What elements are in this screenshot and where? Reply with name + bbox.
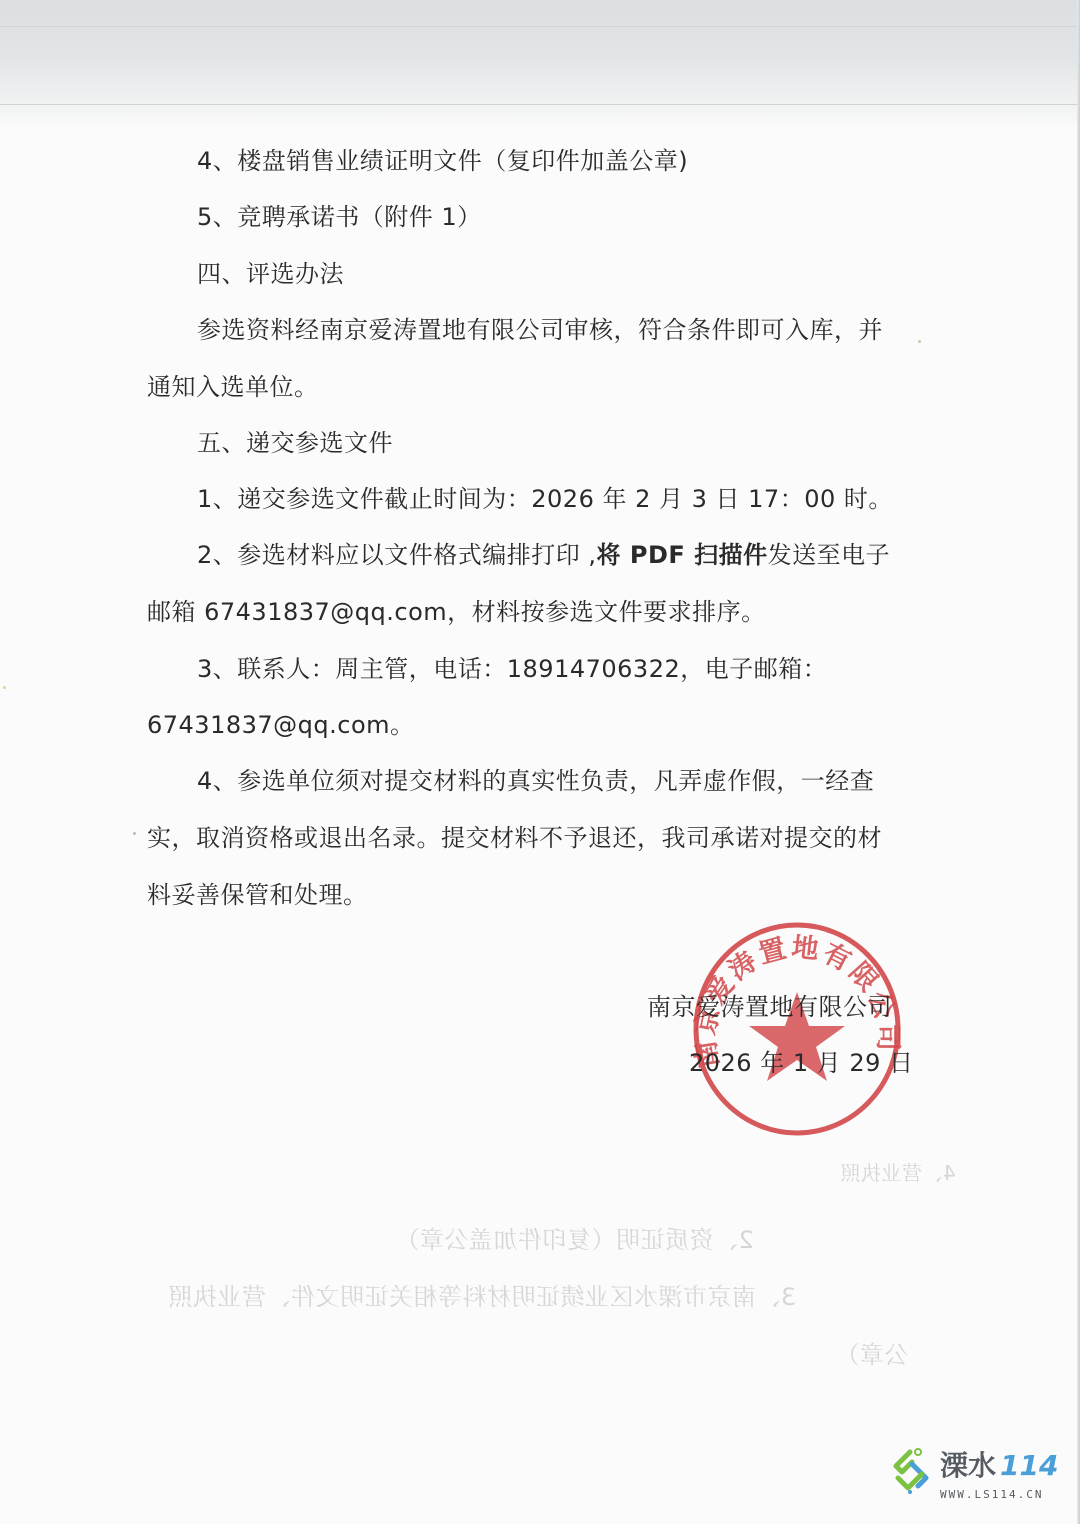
signature-company: 南京爱涛置地有限公司 <box>647 992 892 1022</box>
signature-date: 2026 年 1 月 29 日 <box>689 1048 914 1078</box>
watermark-url: WWW.LS114.CN <box>940 1488 1043 1501</box>
scan-speck <box>133 832 136 835</box>
submission-format-bold: 将 PDF 扫描件 <box>597 541 768 569</box>
document-page: 4、营业执照 2、资质证明（复印件加盖公章） 3、南京市溧水区业绩证明材料等相关… <box>0 0 1080 1524</box>
submission-item-format: 2、参选材料应以文件格式编排打印 ,将 PDF 扫描件发送至电子 <box>197 540 890 570</box>
scan-speck <box>3 686 6 689</box>
submission-item-contact-email: 67431837@qq.com。 <box>147 710 415 740</box>
bleed-through-text: 4、营业执照 <box>840 1158 956 1188</box>
site-watermark: 溧水114 WWW.LS114.CN <box>888 1440 1078 1518</box>
submission-format-suffix: 发送至电子 <box>768 541 891 569</box>
bleed-through-text: 公章） <box>835 1340 909 1370</box>
submission-format-prefix: 2、参选材料应以文件格式编排打印 , <box>197 541 597 569</box>
list-item-sales-proof: 4、楼盘销售业绩证明文件（复印件加盖公章) <box>197 146 688 176</box>
submission-item-format-cont: 邮箱 67431837@qq.com，材料按参选文件要求排序。 <box>147 597 766 627</box>
submission-item-deadline: 1、递交参选文件截止时间为：2026 年 2 月 3 日 17：00 时。 <box>197 484 893 514</box>
list-item-commitment-letter: 5、竞聘承诺书（附件 1） <box>197 202 482 232</box>
bleed-through-text: 3、南京市溧水区业绩证明材料等相关证明文件、营业执照 <box>168 1282 796 1312</box>
section-heading-evaluation: 四、评选办法 <box>197 259 344 289</box>
watermark-brand-number: 114 <box>1000 1449 1058 1482</box>
paragraph-evaluation: 参选资料经南京爱涛置地有限公司审核，符合条件即可入库，并 <box>197 315 883 345</box>
company-seal-icon: 南京爱涛置地有限公司 <box>692 922 902 1136</box>
ls114-logo-icon <box>888 1444 938 1500</box>
watermark-brand-text: 溧水 <box>940 1449 996 1482</box>
submission-item-authenticity-cont2: 料妥善保管和处理。 <box>147 880 368 910</box>
submission-item-authenticity: 4、参选单位须对提交材料的真实性负责，凡弄虚作假，一经查 <box>197 766 874 796</box>
submission-item-authenticity-cont: 实，取消资格或退出名录。提交材料不予退还，我司承诺对提交的材 <box>147 823 882 853</box>
watermark-brand: 溧水114 <box>940 1444 1058 1484</box>
scan-speck <box>918 340 921 343</box>
section-heading-submission: 五、递交参选文件 <box>197 428 393 458</box>
bleed-through-text: 2、资质证明（复印件加盖公章） <box>395 1225 754 1255</box>
submission-item-contact: 3、联系人：周主管，电话：18914706322，电子邮箱： <box>197 654 827 684</box>
paragraph-evaluation-cont: 通知入选单位。 <box>147 372 319 402</box>
